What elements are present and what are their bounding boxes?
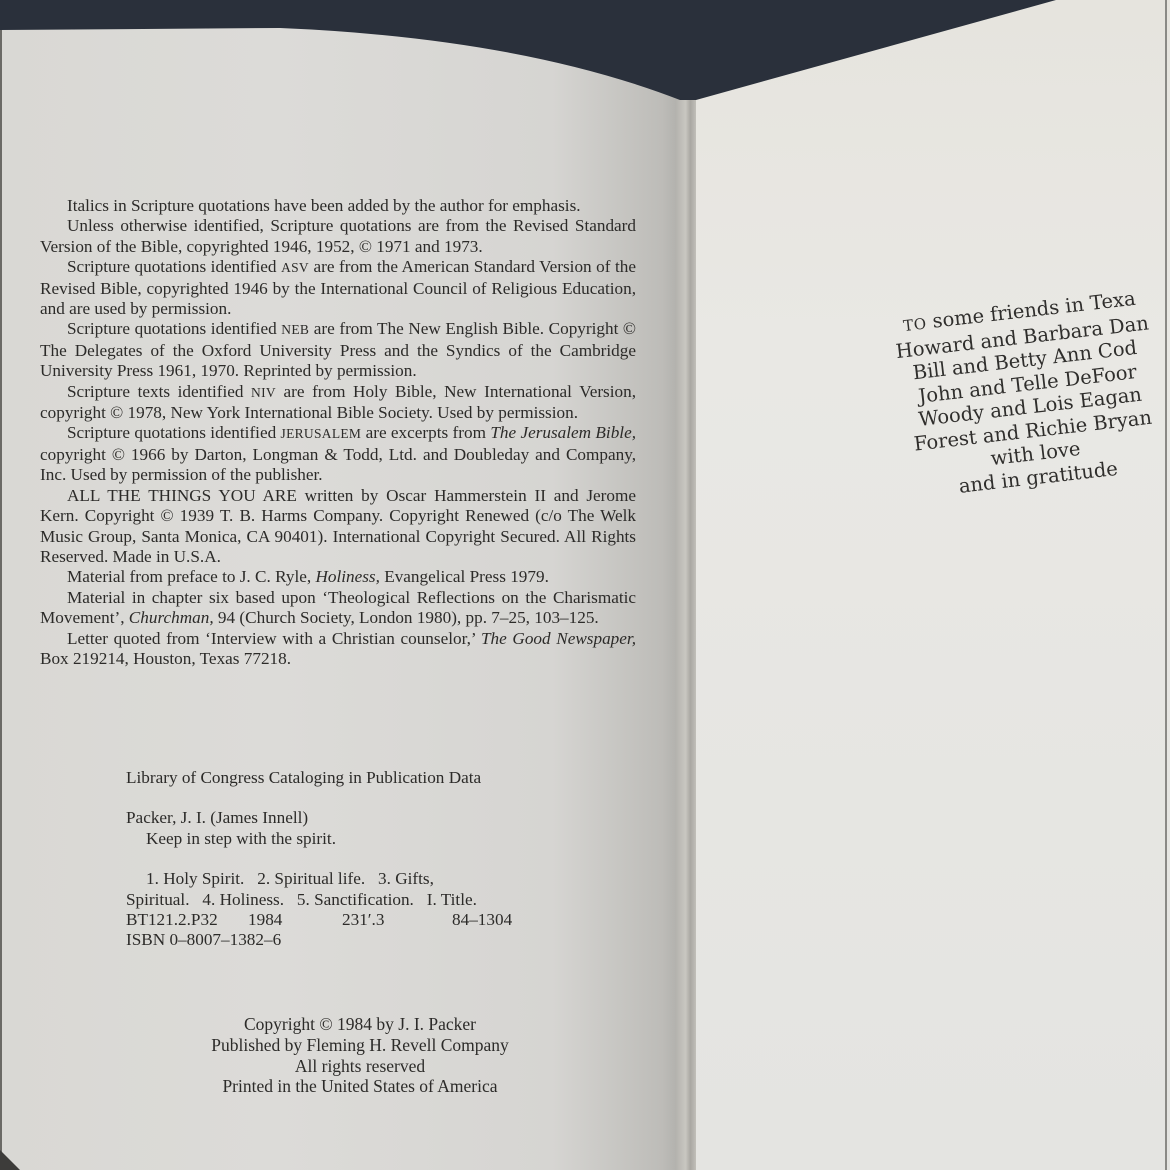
cip-subjects-line-1: 1. Holy Spirit. 2. Spiritual life. 3. Gi… xyxy=(126,869,586,889)
left-page-edge xyxy=(0,0,2,1170)
cip-lccn: 84–1304 xyxy=(452,910,512,930)
italic-title: The Jerusalem Bible, xyxy=(490,423,636,442)
paragraph-text: Letter quoted from ‘Interview with a Chr… xyxy=(67,629,481,648)
paragraph-text: Scripture quotations identified xyxy=(67,257,281,276)
dedication: TO some friends in Texa Howard and Barba… xyxy=(859,282,1170,507)
acknowledgment-paragraph: Unless otherwise identified, Scripture q… xyxy=(40,216,636,257)
cip-isbn: ISBN 0–8007–1382–6 xyxy=(126,930,586,950)
imprint: Copyright © 1984 by J. I. Packer Publish… xyxy=(140,1014,580,1097)
version-abbreviation: ASV xyxy=(281,260,309,275)
paragraph-text: Scripture quotations identified xyxy=(67,423,281,442)
paragraph-text: are excerpts from xyxy=(361,423,490,442)
imprint-publisher: Published by Fleming H. Revell Company xyxy=(140,1035,580,1056)
cip-classification-row: BT121.2.P32 1984 231′.3 84–1304 xyxy=(126,910,586,930)
cataloging-in-publication-data: Library of Congress Cataloging in Public… xyxy=(126,768,586,951)
acknowledgment-paragraph: Scripture texts identified NIV are from … xyxy=(40,382,636,424)
imprint-printed: Printed in the United States of America xyxy=(140,1076,580,1097)
acknowledgment-paragraph: Material in chapter six based upon ‘Theo… xyxy=(40,588,636,629)
acknowledgment-paragraph: Italics in Scripture quotations have bee… xyxy=(40,196,636,216)
cip-heading: Library of Congress Cataloging in Public… xyxy=(126,768,586,788)
acknowledgment-paragraph: ALL THE THINGS YOU ARE written by Oscar … xyxy=(40,486,636,568)
cip-title: Keep in step with the spirit. xyxy=(126,829,586,849)
imprint-copyright: Copyright © 1984 by J. I. Packer xyxy=(140,1014,580,1035)
paragraph-text: Evangelical Press 1979. xyxy=(380,567,549,586)
paragraph-text: ALL THE THINGS YOU ARE written by Oscar … xyxy=(40,486,636,566)
imprint-rights: All rights reserved xyxy=(140,1056,580,1077)
copyright-acknowledgments: Italics in Scripture quotations have bee… xyxy=(40,196,636,669)
paragraph-text: Italics in Scripture quotations have bee… xyxy=(67,196,581,215)
italic-title: The Good Newspaper, xyxy=(481,629,636,648)
paragraph-text: copyright © 1966 by Darton, Longman & To… xyxy=(40,445,636,484)
cip-author: Packer, J. I. (James Innell) xyxy=(126,808,586,828)
version-abbreviation: JERUSALEM xyxy=(281,426,362,441)
paragraph-text: Scripture texts identified xyxy=(67,382,251,401)
acknowledgment-paragraph: Material from preface to J. C. Ryle, Hol… xyxy=(40,567,636,587)
cip-call-number: BT121.2.P32 xyxy=(126,910,248,930)
acknowledgment-paragraph: Letter quoted from ‘Interview with a Chr… xyxy=(40,629,636,670)
open-book-photo: Italics in Scripture quotations have bee… xyxy=(0,0,1170,1170)
paragraph-text: Box 219214, Houston, Texas 77218. xyxy=(40,649,291,668)
right-page xyxy=(696,0,1170,1170)
dedication-lead-smallcaps: TO xyxy=(902,315,927,336)
left-page: Italics in Scripture quotations have bee… xyxy=(0,0,690,1170)
acknowledgment-paragraph: Scripture quotations identified ASV are … xyxy=(40,257,636,319)
acknowledgment-paragraph: Scripture quotations identified NEB are … xyxy=(40,319,636,381)
paragraph-text: 94 (Church Society, London 1980), pp. 7–… xyxy=(214,608,599,627)
right-page-edge xyxy=(1165,0,1167,1170)
paragraph-text: Material from preface to J. C. Ryle, xyxy=(67,567,315,586)
paragraph-text: Unless otherwise identified, Scripture q… xyxy=(40,216,636,255)
paragraph-text: Scripture quotations identified xyxy=(67,319,281,338)
acknowledgment-paragraph: Scripture quotations identified JERUSALE… xyxy=(40,423,636,485)
cip-dewey: 231′.3 xyxy=(342,910,452,930)
version-abbreviation: NEB xyxy=(281,322,309,337)
italic-title: Churchman, xyxy=(129,608,214,627)
italic-title: Holiness, xyxy=(315,567,379,586)
cip-year: 1984 xyxy=(248,910,342,930)
version-abbreviation: NIV xyxy=(251,385,276,400)
cip-subjects-line-2: Spiritual. 4. Holiness. 5. Sanctificatio… xyxy=(126,890,586,910)
